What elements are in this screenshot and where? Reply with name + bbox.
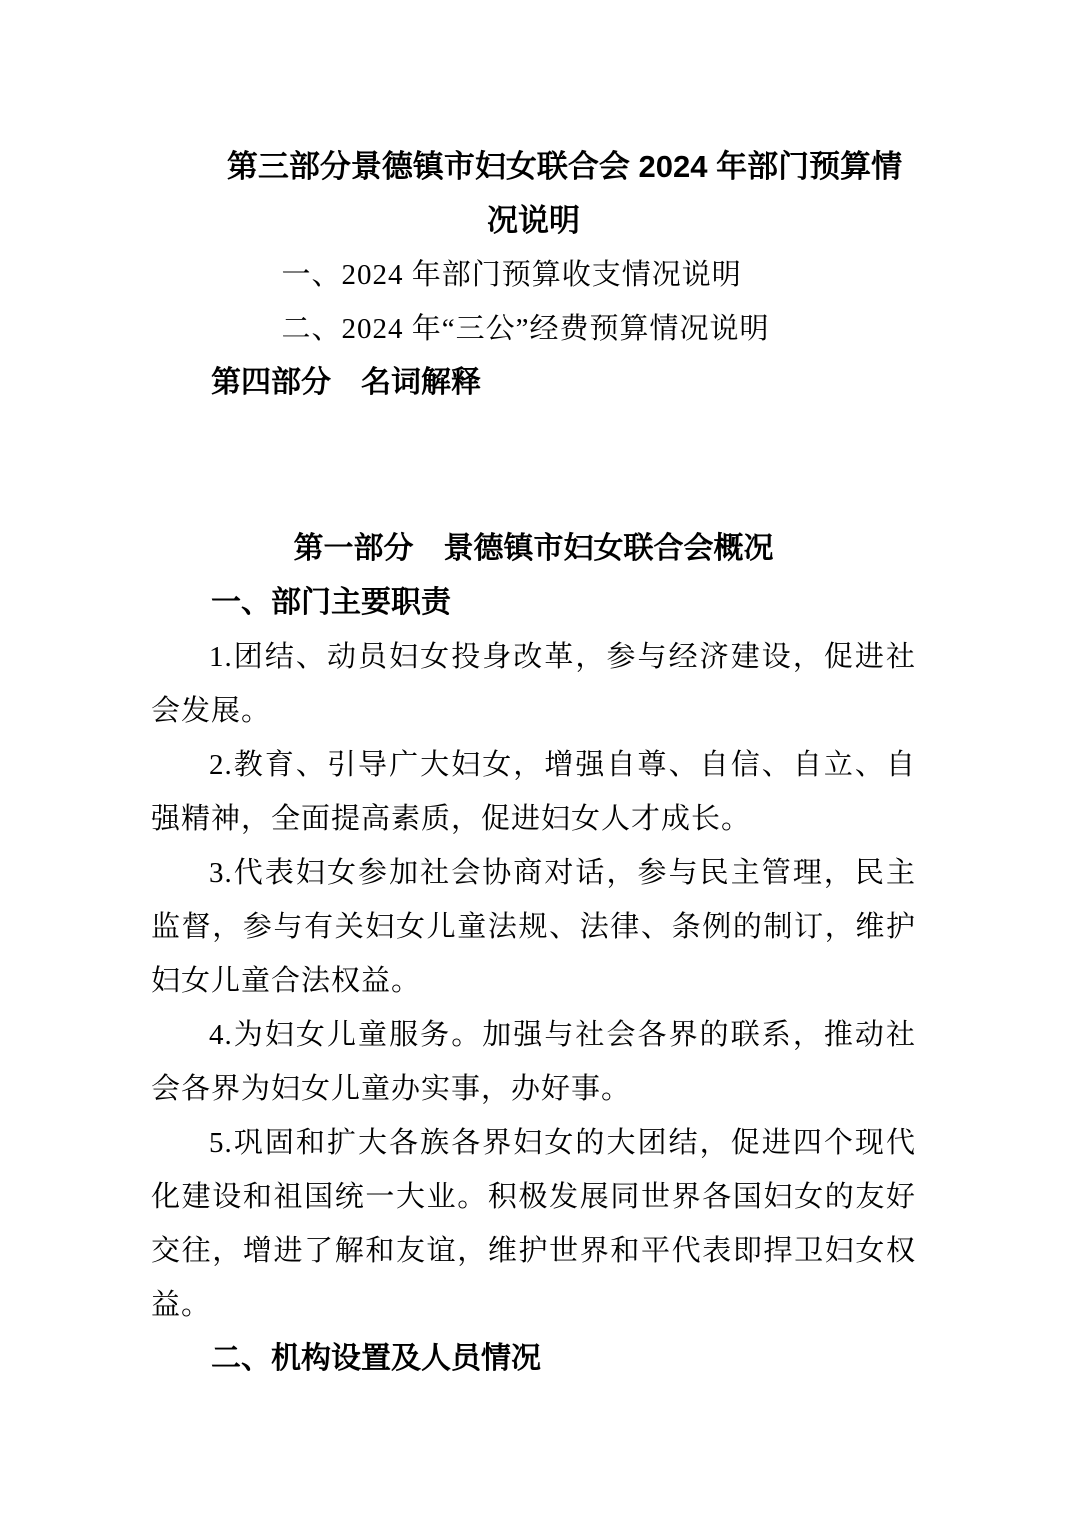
- part3-title: 第三部分景德镇市妇女联合会 2024 年部门预算情况说明: [151, 140, 916, 248]
- duty-paragraph-4: 4.为妇女儿童服务。加强与社会各界的联系，推动社会各界为妇女儿童办实事，办好事。: [151, 1008, 916, 1116]
- blank-space: [151, 410, 916, 522]
- part1-heading: 第一部分 景德镇市妇女联合会概况: [151, 522, 916, 576]
- duty-paragraph-5: 5.巩固和扩大各族各界妇女的大团结，促进四个现代化建设和祖国统一大业。积极发展同…: [151, 1116, 916, 1332]
- part4-heading: 第四部分 名词解释: [151, 356, 916, 410]
- duty-paragraph-3: 3.代表妇女参加社会协商对话，参与民主管理，民主监督，参与有关妇女儿童法规、法律…: [151, 846, 916, 1008]
- toc-item-budget-overview: 一、2024 年部门预算收支情况说明: [151, 248, 916, 302]
- duty-paragraph-2: 2.教育、引导广大妇女，增强自尊、自信、自立、自强精神，全面提高素质，促进妇女人…: [151, 738, 916, 846]
- duty-paragraph-1: 1.团结、动员妇女投身改革，参与经济建设，促进社会发展。: [151, 630, 916, 738]
- section-org-heading: 二、机构设置及人员情况: [151, 1332, 916, 1386]
- document-page: 第三部分景德镇市妇女联合会 2024 年部门预算情况说明 一、2024 年部门预…: [0, 0, 1074, 1520]
- toc-item-three-public-funds: 二、2024 年“三公”经费预算情况说明: [151, 302, 916, 356]
- section-duties-heading: 一、部门主要职责: [151, 576, 916, 630]
